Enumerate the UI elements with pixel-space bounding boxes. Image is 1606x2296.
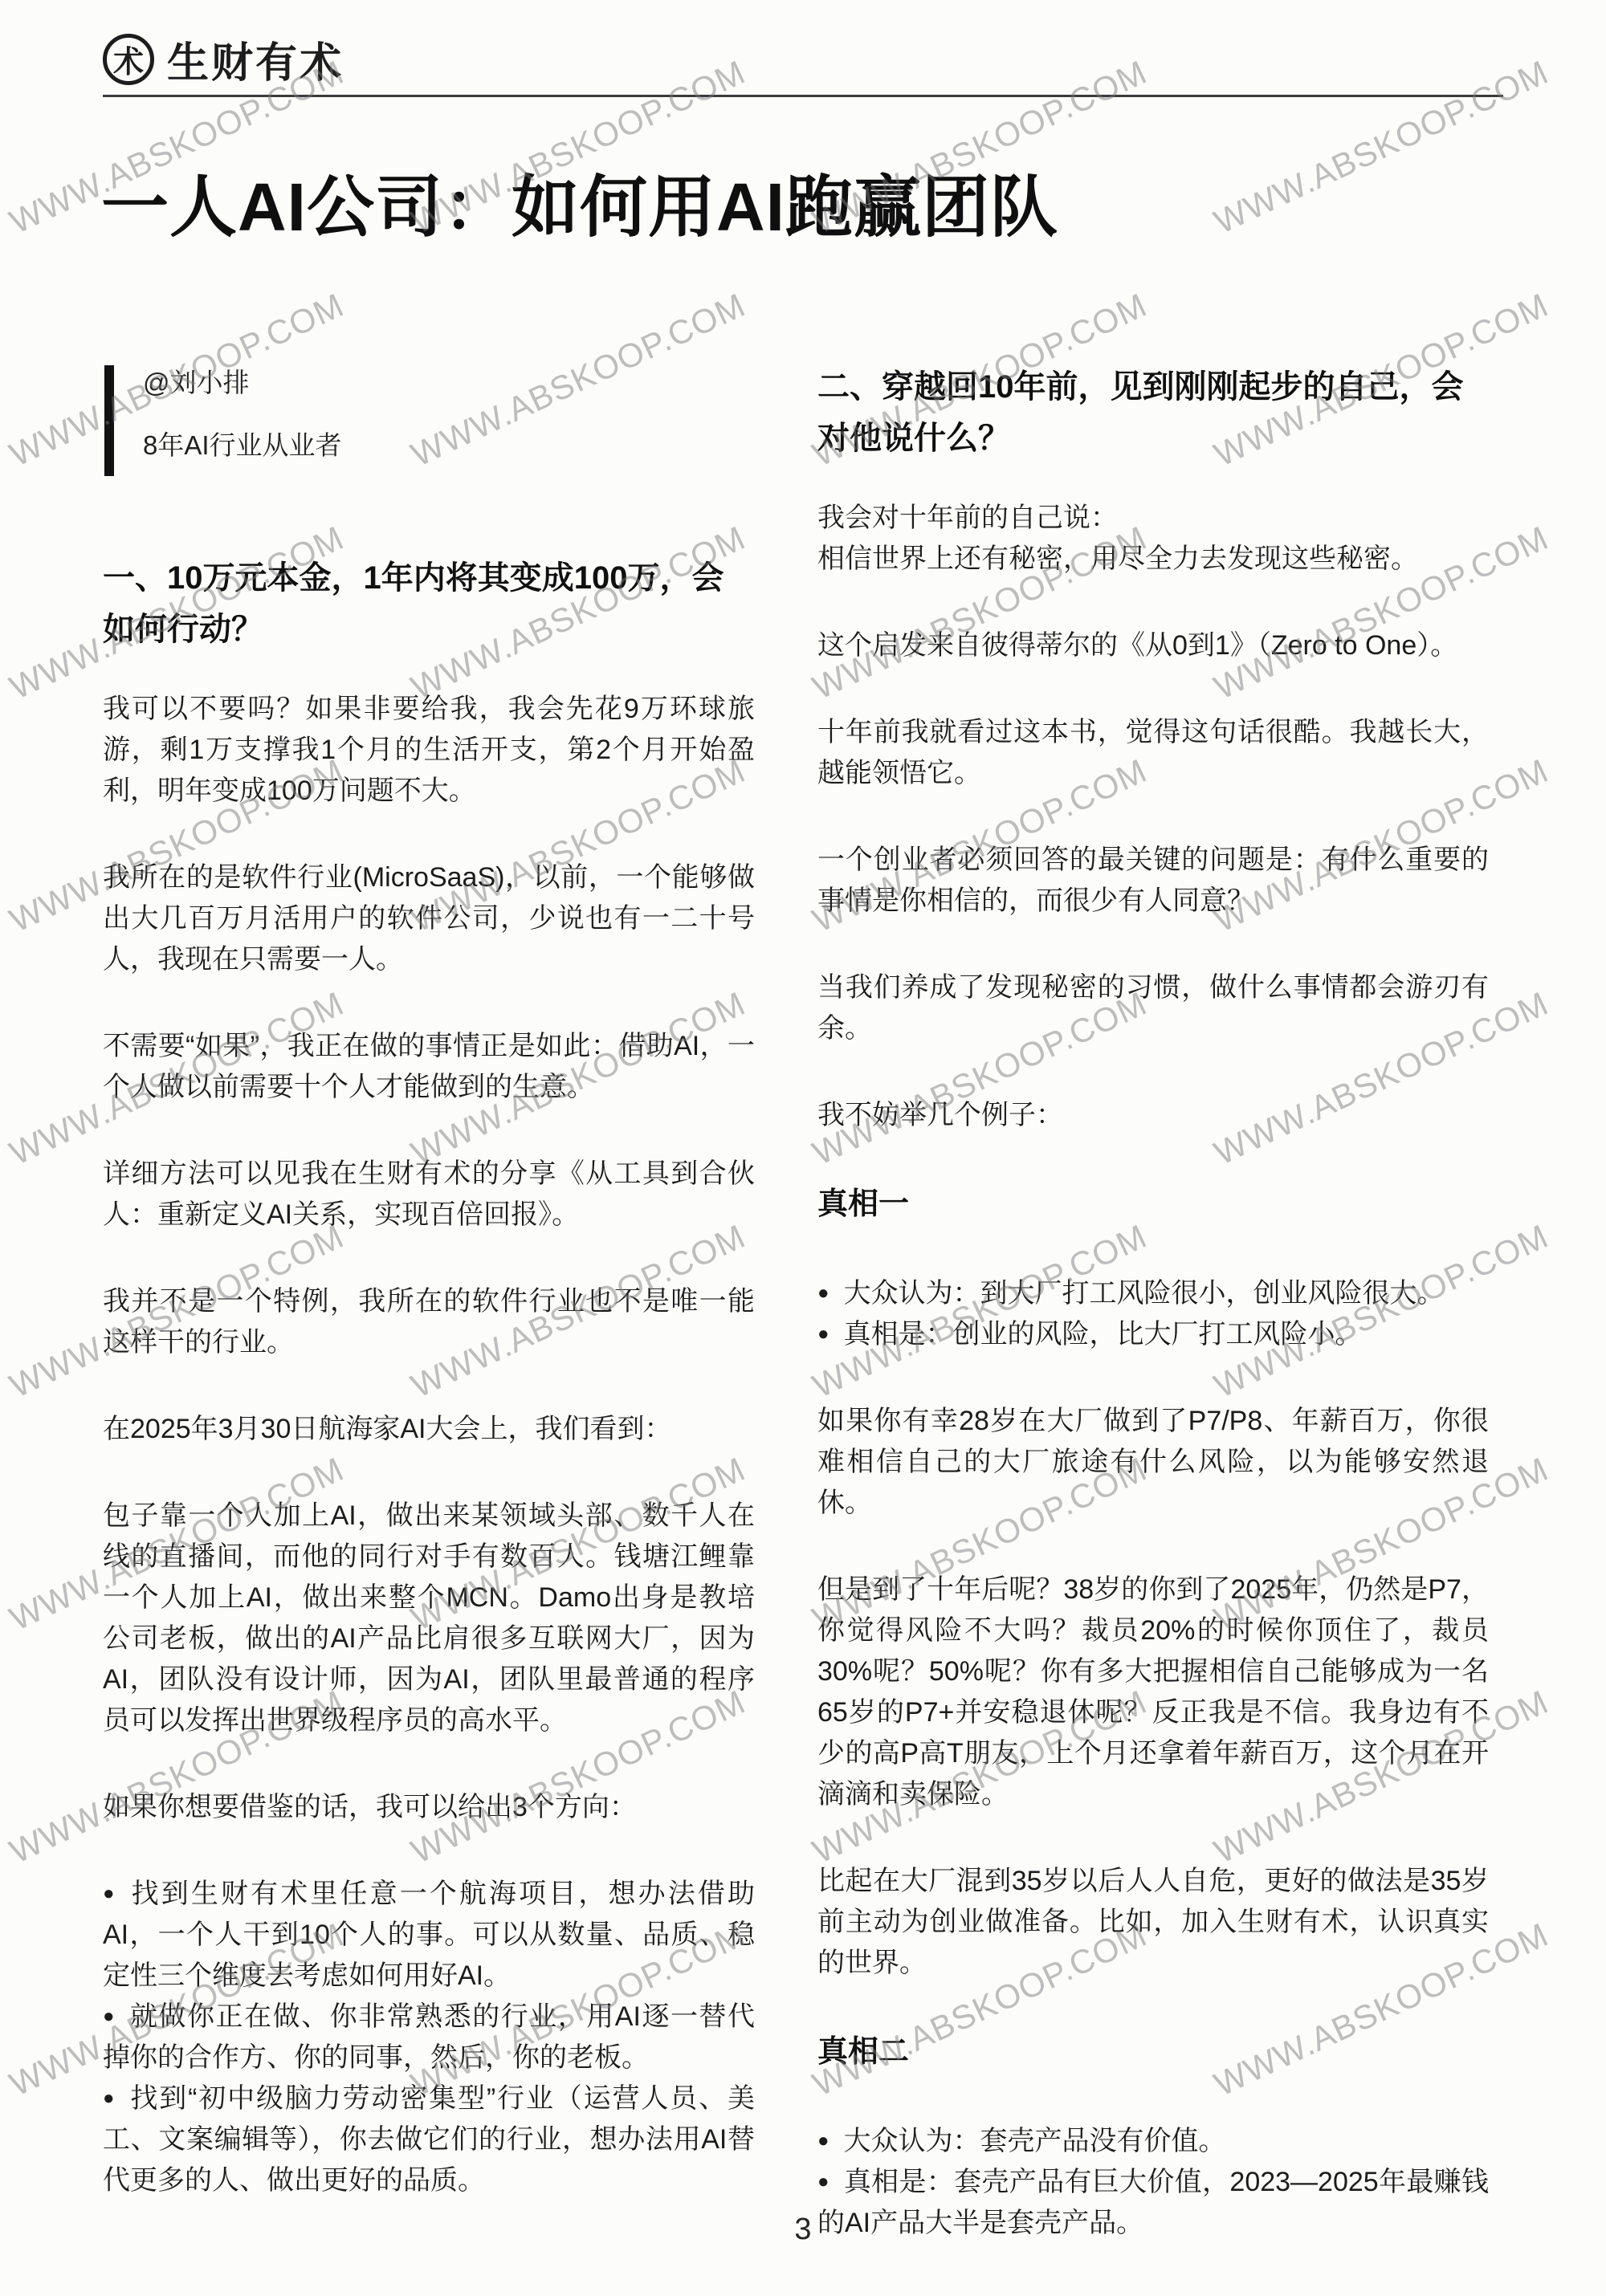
paragraph: 我不妨举几个例子： <box>817 1095 1489 1136</box>
bullet-item: ●就做你正在做、你非常熟悉的行业，用AI逐一替代掉你的合作方、你的同事，然后，你… <box>103 1997 755 2078</box>
truth1-subhead: 真相一 <box>817 1182 1489 1227</box>
bullet-icon: ● <box>817 1282 829 1304</box>
bullet-text: 就做你正在做、你非常熟悉的行业，用AI逐一替代掉你的合作方、你的同事，然后，你的… <box>103 2001 755 2073</box>
watermark-text: WWW.ABSKOOP.COM <box>406 0 752 9</box>
document-page: 术 生财有术 一人AI公司：如何用AI跑赢团队 @刘小排 8年AI行业从业者 一… <box>0 0 1606 2296</box>
bullet-icon: ● <box>103 2005 116 2027</box>
watermark-text: WWW.ABSKOOP.COM <box>406 286 752 474</box>
author-text: @刘小排 8年AI行业从业者 <box>114 365 342 476</box>
watermark-text: WWW.ABSKOOP.COM <box>1209 0 1555 9</box>
bullet-item: ●找到“初中级脑力劳动密集型”行业（运营人员、美工、文案编辑等），你去做它们的行… <box>103 2078 755 2201</box>
paragraph: 包子靠一个人加上AI，做出来某领域头部、数千人在线的直播间，而他的同行对手有数百… <box>103 1496 755 1741</box>
section-heading-1: 一、10万元本金，1年内将其变成100万，会如何行动？ <box>103 552 755 655</box>
brand-header: 术 生财有术 <box>103 29 344 89</box>
brand-logo-glyph: 术 <box>113 37 144 81</box>
author-block: @刘小排 8年AI行业从业者 <box>104 365 342 476</box>
bullet-text: 大众认为：到大厂打工风险很小，创业风险很大。 <box>844 1278 1445 1309</box>
paragraph: 我可以不要吗？如果非要给我，我会先花9万环球旅游，剩1万支撑我1个月的生活开支，… <box>103 689 755 812</box>
bullet-icon: ● <box>817 1323 829 1345</box>
bullet-icon: ● <box>817 2130 829 2151</box>
bullet-item: ●大众认为：到大厂打工风险很小，创业风险很大。 <box>817 1273 1489 1314</box>
paragraph: 我会对十年前的自己说： 相信世界上还有秘密，用尽全力去发现这些秘密。 <box>817 498 1489 580</box>
left-column: 一、10万元本金，1年内将其变成100万，会如何行动？ 我可以不要吗？如果非要给… <box>103 552 755 2201</box>
right-column: 二、穿越回10年前，见到刚刚起步的自己，会对他说什么？ 我会对十年前的自己说： … <box>817 361 1489 2244</box>
page-number: 3 <box>0 2213 1606 2247</box>
bullet-icon: ● <box>103 2087 116 2109</box>
bullet-text: 找到生财有术里任意一个航海项目，想办法借助AI，一个人干到10个人的事。可以从数… <box>103 1879 755 1991</box>
brand-logo-icon: 术 <box>103 34 154 85</box>
truth2-subhead: 真相二 <box>817 2029 1489 2075</box>
author-accent-bar <box>104 365 114 476</box>
paragraph: 但是到了十年后呢？38岁的你到了2025年，仍然是P7，你觉得风险不大吗？裁员2… <box>817 1569 1489 1815</box>
bullet-text: 找到“初中级脑力劳动密集型”行业（运营人员、美工、文案编辑等），你去做它们的行业… <box>103 2083 755 2196</box>
paragraph: 我所在的是软件行业(MicroSaaS)，以前，一个能够做出大几百万月活用户的软… <box>103 857 755 980</box>
bullet-icon: ● <box>817 2171 829 2192</box>
paragraph: 一个创业者必须回答的最关键的问题是：有什么重要的事情是你相信的，而很少有人同意？ <box>817 840 1489 922</box>
paragraph: 十年前我就看过这本书，觉得这句话很酷。我越长大，越能领悟它。 <box>817 712 1489 794</box>
paragraph: 在2025年3月30日航海家AI大会上，我们看到： <box>103 1409 755 1450</box>
paragraph: 如果你想要借鉴的话，我可以给出3个方向： <box>103 1787 755 1828</box>
bullet-icon: ● <box>103 1883 117 1904</box>
paragraph: 如果你有幸28岁在大厂做到了P7/P8、年薪百万，你很难相信自己的大厂旅途有什么… <box>817 1401 1489 1524</box>
paragraph: 详细方法可以见我在生财有术的分享《从工具到合伙人：重新定义AI关系，实现百倍回报… <box>103 1154 755 1236</box>
paragraph: 这个启发来自彼得蒂尔的《从0到1》（Zero to One）。 <box>817 625 1489 666</box>
header-divider <box>103 95 1503 97</box>
watermark-text: WWW.ABSKOOP.COM <box>807 0 1153 9</box>
paragraph: 比起在大厂混到35岁以后人人自危，更好的做法是35岁前主动为创业做准备。比如，加… <box>817 1861 1489 1984</box>
bullet-item: ●找到生财有术里任意一个航海项目，想办法借助AI，一个人干到10个人的事。可以从… <box>103 1874 755 1997</box>
watermark-text: WWW.ABSKOOP.COM <box>4 0 350 9</box>
bullet-text: 真相是：创业的风险，比大厂打工风险小。 <box>844 1319 1363 1350</box>
brand-name: 生财有术 <box>167 29 344 89</box>
page-title: 一人AI公司：如何用AI跑赢团队 <box>101 169 1514 246</box>
bullet-item: ●真相是：创业的风险，比大厂打工风险小。 <box>817 1314 1489 1355</box>
section-heading-2: 二、穿越回10年前，见到刚刚起步的自己，会对他说什么？ <box>817 361 1489 464</box>
paragraph: 当我们养成了发现秘密的习惯，做什么事情都会游刃有余。 <box>817 967 1489 1049</box>
author-bio: 8年AI行业从业者 <box>143 431 342 460</box>
paragraph: 我并不是一个特例，我所在的软件行业也不是唯一能这样干的行业。 <box>103 1281 755 1363</box>
author-handle: @刘小排 <box>143 368 342 397</box>
bullet-text: 大众认为：套壳产品没有价值。 <box>844 2126 1226 2156</box>
paragraph: 不需要“如果”，我正在做的事情正是如此：借助AI，一个人做以前需要十个人才能做到… <box>103 1026 755 1108</box>
bullet-item: ●大众认为：套壳产品没有价值。 <box>817 2121 1489 2162</box>
